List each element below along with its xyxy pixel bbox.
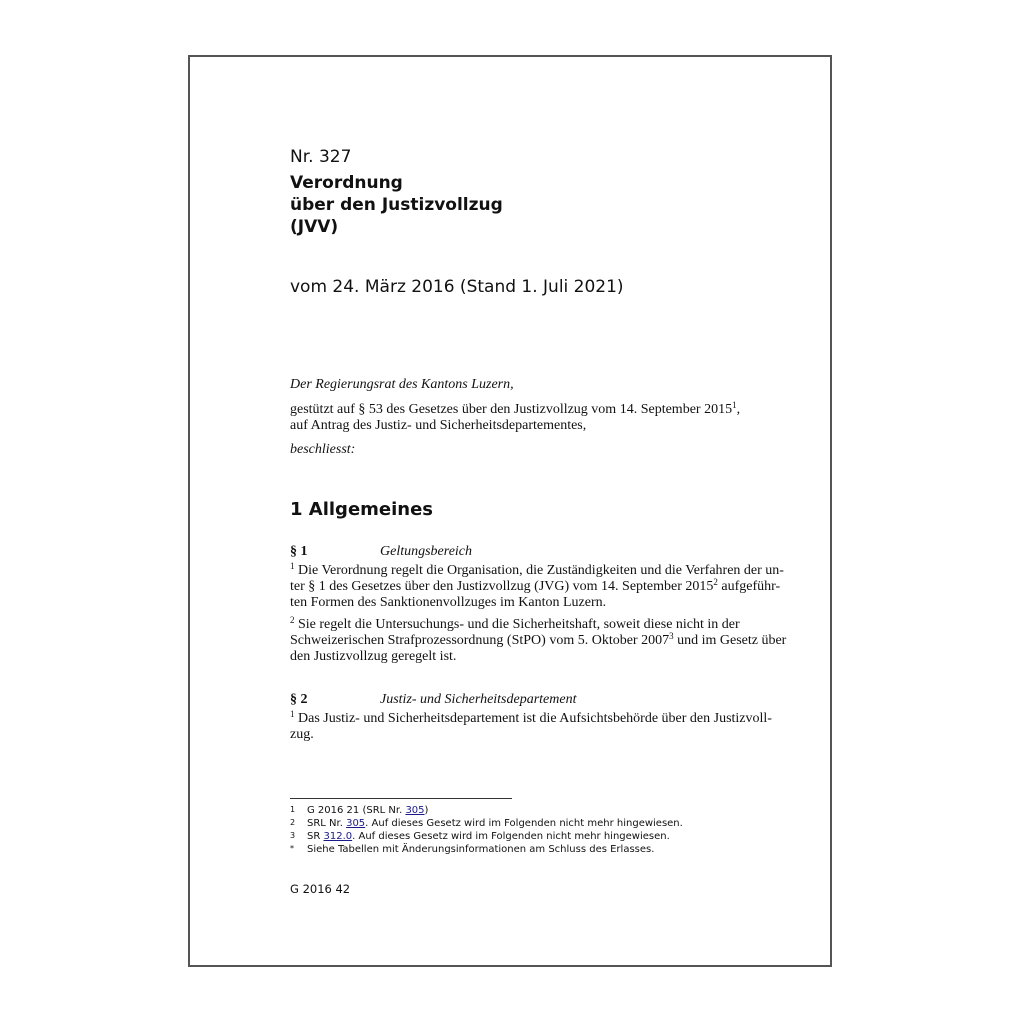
document-title: Verordnung über den Justizvollzug (JVV) — [290, 172, 503, 238]
preamble-basis: gestützt auf § 53 des Gesetzes über den … — [290, 402, 740, 434]
footnote-link[interactable]: 305 — [346, 818, 365, 829]
document-date: vom 24. März 2016 (Stand 1. Juli 2021) — [290, 277, 624, 297]
title-line: (JVV) — [290, 216, 503, 238]
paragraph-title: Geltungsbereich — [380, 544, 472, 560]
preamble-resolution: beschliesst: — [290, 442, 355, 458]
footnotes: 1G 2016 21 (SRL Nr. 305) 2SRL Nr. 305. A… — [290, 804, 683, 856]
paragraph-heading: § 1 Geltungsbereich — [290, 544, 790, 560]
document-page: Nr. 327 Verordnung über den Justizvollzu… — [188, 55, 832, 967]
preamble-authority: Der Regierungsrat des Kantons Luzern, — [290, 377, 514, 393]
title-line: über den Justizvollzug — [290, 194, 503, 216]
footnote-divider — [290, 798, 512, 799]
title-line: Verordnung — [290, 172, 503, 194]
preamble-motion: auf Antrag des Justiz- und Sicherheitsde… — [290, 418, 740, 434]
preamble-basis-text: gestützt auf § 53 des Gesetzes über den … — [290, 402, 732, 417]
paragraph-heading: § 2 Justiz- und Sicherheitsdepartement — [290, 692, 790, 708]
document-number: Nr. 327 — [290, 147, 351, 167]
paragraph-subsection: 2 Sie regelt die Untersuchungs- und die … — [290, 617, 784, 665]
paragraph-subsection: 1 Das Justiz- und Sicherheitsdepartement… — [290, 711, 784, 743]
footnote: 2SRL Nr. 305. Auf dieses Gesetz wird im … — [290, 817, 683, 830]
document-code: G 2016 42 — [290, 882, 350, 896]
paragraph-subsection: 1 Die Verordnung regelt die Organisation… — [290, 563, 784, 611]
footnote: 1G 2016 21 (SRL Nr. 305) — [290, 804, 683, 817]
paragraph-number: § 1 — [290, 544, 308, 559]
footnote: 3SR 312.0. Auf dieses Gesetz wird im Fol… — [290, 830, 683, 843]
footnote-link[interactable]: 312.0 — [323, 831, 352, 842]
paragraph-title: Justiz- und Sicherheitsdepartement — [380, 692, 577, 708]
paragraph-number: § 2 — [290, 692, 308, 707]
footnote-link[interactable]: 305 — [405, 805, 424, 816]
section-heading: 1 Allgemeines — [290, 499, 433, 520]
footnote: *Siehe Tabellen mit Änderungsinformation… — [290, 843, 683, 856]
